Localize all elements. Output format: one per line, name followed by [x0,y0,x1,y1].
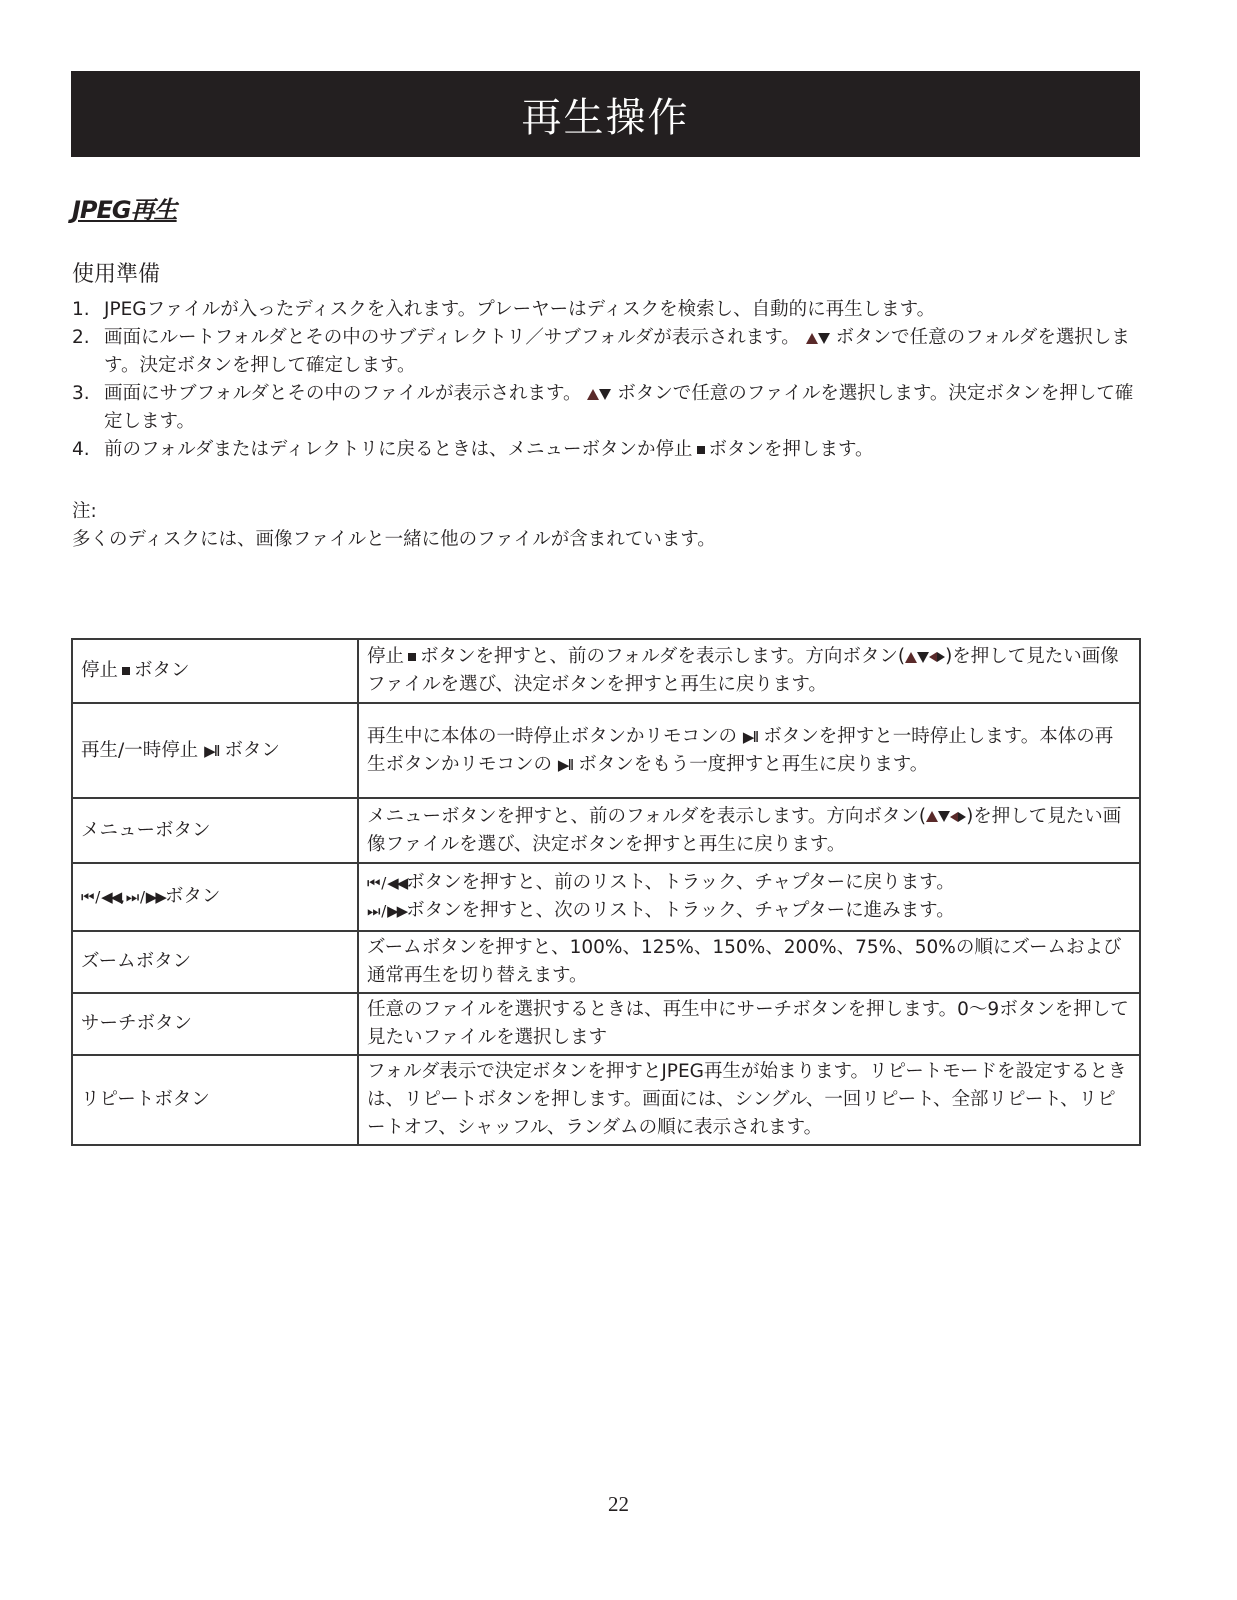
up-arrow-icon [905,652,917,663]
row-description: ⏮ / ◀◀ボタンを押すと、前のリスト、トラック、チャプターに戻ります。 ⏭ /… [358,863,1140,931]
table-row: リピートボタン フォルダ表示で決定ボタンを押すとJPEG再生が始まります。リピー… [72,1055,1140,1145]
play-pause-icon: ▶II [558,756,572,774]
step-item: 2. 画面にルートフォルダとその中のサブディレクトリ／サブフォルダが表示されます… [72,324,1142,380]
down-arrow-icon [818,333,830,344]
play-pause-icon: ▶II [743,728,757,746]
right-arrow-icon [937,652,945,662]
row-description: 停止ボタンを押すと、前のフォルダを表示します。方向ボタン()を押して見たい画像フ… [358,639,1140,703]
table-row: 停止ボタン 停止ボタンを押すと、前のフォルダを表示します。方向ボタン()を押して… [72,639,1140,703]
note-text: 多くのディスクには、画像ファイルと一緒に他のファイルが含まれています。 [72,526,716,554]
stop-icon [408,653,416,661]
play-pause-icon: ▶II [204,742,218,760]
table-row: ズームボタン ズームボタンを押すと、100%、125%、150%、200%、75… [72,931,1140,993]
stop-icon [697,446,705,454]
row-description: 再生中に本体の一時停止ボタンかリモコンの ▶II ボタンを押すと一時停止します。… [358,703,1140,798]
left-arrow-icon [950,812,958,822]
skip-back-rewind-icon: ⏮ / ◀◀ [367,874,406,892]
table-row: ⏮ / ◀◀, ⏭ / ▶▶ボタン ⏮ / ◀◀ボタンを押すと、前のリスト、トラ… [72,863,1140,931]
row-key: 再生/一時停止 ▶II ボタン [72,703,358,798]
left-arrow-icon [929,652,937,662]
table-row: 再生/一時停止 ▶II ボタン 再生中に本体の一時停止ボタンかリモコンの ▶II… [72,703,1140,798]
note: 注: 多くのディスクには、画像ファイルと一緒に他のファイルが含まれています。 [72,498,716,554]
row-description: メニューボタンを押すと、前のフォルダを表示します。方向ボタン()を押して見たい画… [358,798,1140,863]
row-key: ⏮ / ◀◀, ⏭ / ▶▶ボタン [72,863,358,931]
preparation-steps: 1. JPEGファイルが入ったディスクを入れます。プレーヤーはディスクを検索し、… [72,296,1142,464]
row-description: フォルダ表示で決定ボタンを押すとJPEG再生が始まります。リピートモードを設定す… [358,1055,1140,1145]
row-key: メニューボタン [72,798,358,863]
row-key: サーチボタン [72,993,358,1055]
row-description: 任意のファイルを選択するときは、再生中にサーチボタンを押します。0～9ボタンを押… [358,993,1140,1055]
step-item: 4. 前のフォルダまたはディレクトリに戻るときは、メニューボタンか停止ボタンを押… [72,436,1142,464]
step-item: 3. 画面にサブフォルダとその中のファイルが表示されます。 ボタンで任意のファイ… [72,380,1142,436]
down-arrow-icon [599,389,611,400]
row-key: リピートボタン [72,1055,358,1145]
up-arrow-icon [806,333,818,344]
row-key: ズームボタン [72,931,358,993]
up-arrow-icon [926,811,938,822]
skip-forward-fastforward-icon: ⏭ / ▶▶ [367,902,406,920]
down-arrow-icon [917,652,929,663]
note-label: 注: [72,498,716,526]
row-key: 停止ボタン [72,639,358,703]
preparation-title: 使用準備 [72,257,160,288]
table-row: サーチボタン 任意のファイルを選択するときは、再生中にサーチボタンを押します。0… [72,993,1140,1055]
skip-prev-next-icons: ⏮ / ◀◀, ⏭ / ▶▶ [81,888,165,906]
section-title: JPEG再生 [72,190,177,225]
down-arrow-icon [938,811,950,822]
row-description: ズームボタンを押すと、100%、125%、150%、200%、75%、50%の順… [358,931,1140,993]
page-number: 22 [0,1492,1237,1517]
step-item: 1. JPEGファイルが入ったディスクを入れます。プレーヤーはディスクを検索し、… [72,296,1142,324]
up-arrow-icon [587,389,599,400]
page-title: 再生操作 [522,86,690,143]
right-arrow-icon [958,812,966,822]
button-operations-table: 停止ボタン 停止ボタンを押すと、前のフォルダを表示します。方向ボタン()を押して… [71,638,1141,1146]
table-row: メニューボタン メニューボタンを押すと、前のフォルダを表示します。方向ボタン()… [72,798,1140,863]
stop-icon [122,667,130,675]
page-title-bar: 再生操作 [71,71,1140,157]
